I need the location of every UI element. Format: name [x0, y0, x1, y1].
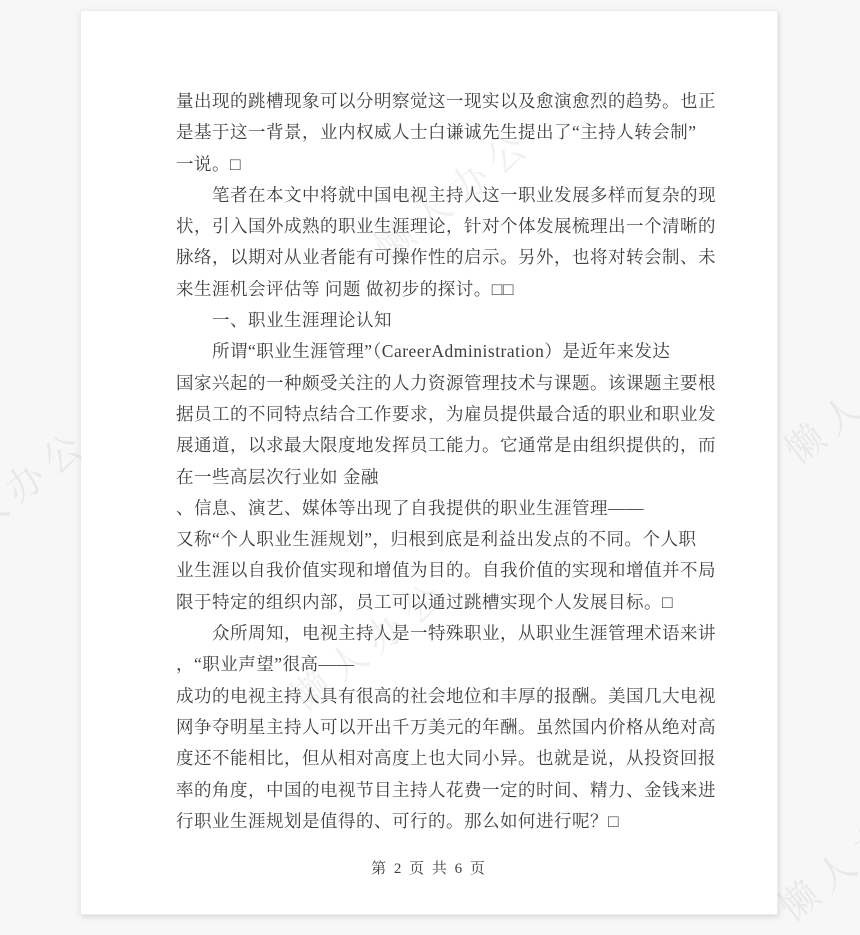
document-page: 量出现的跳槽现象可以分明察觉这一现实以及愈演愈烈的趋势。也正 是基于这一背景，业… [80, 10, 778, 915]
document-line: 来生涯机会评估等 问题 做初步的探讨。□□ [176, 274, 736, 305]
document-heading-line: 一、职业生涯理论认知 [176, 305, 736, 336]
document-line: 度还不能相比，但从相对高度上也大同小异。也就是说，从投资回报 [176, 743, 736, 774]
document-line: 、信息、演艺、媒体等出现了自我提供的职业生涯管理—— [176, 493, 736, 524]
document-line: 是基于这一背景，业内权威人士白谦诚先生提出了“主持人转会制” [176, 117, 736, 148]
document-line: 业生涯以自我价值实现和增值为目的。自我价值的实现和增值并不局 [176, 555, 736, 586]
document-line: 展通道，以求最大限度地发挥员工能力。它通常是由组织提供的，而 [176, 430, 736, 461]
document-line: 笔者在本文中将就中国电视主持人这一职业发展多样而复杂的现 [176, 180, 736, 211]
document-line: 网争夺明星主持人可以开出千万美元的年酬。虽然国内价格从绝对高 [176, 712, 736, 743]
document-line: 率的角度，中国的电视节目主持人花费一定的时间、精力、金钱来进 [176, 775, 736, 806]
document-line: 据员工的不同特点结合工作要求，为雇员提供最合适的职业和职业发 [176, 399, 736, 430]
watermark-text: 懒人办公 [771, 315, 860, 474]
document-body: 量出现的跳槽现象可以分明察觉这一现实以及愈演愈烈的趋势。也正 是基于这一背景，业… [176, 86, 736, 837]
document-line: 国家兴起的一种颇受关注的人力资源管理技术与课题。该课题主要根 [176, 368, 736, 399]
document-line: 在一些高层次行业如 金融 [176, 462, 736, 493]
document-line: 脉络，以期对从业者能有可操作性的启示。另外，也将对转会制、未 [176, 242, 736, 273]
watermark-text: 懒人办公 [765, 772, 860, 931]
document-line: 限于特定的组织内部，员工可以通过跳槽实现个人发展目标。□ [176, 587, 736, 618]
document-viewer-canvas: 量出现的跳槽现象可以分明察觉这一现实以及愈演愈烈的趋势。也正 是基于这一背景，业… [0, 0, 860, 935]
document-line: 众所周知，电视主持人是一特殊职业，从职业生涯管理术语来讲 [176, 618, 736, 649]
document-line: 状，引入国外成熟的职业生涯理论，针对个体发展梳理出一个清晰的 [176, 211, 736, 242]
page-number-footer: 第 2 页 共 6 页 [81, 857, 777, 878]
document-line: 量出现的跳槽现象可以分明察觉这一现实以及愈演愈烈的趋势。也正 [176, 86, 736, 117]
document-line: 一说。□ [176, 149, 736, 180]
document-line: 又称“个人职业生涯规划”，归根到底是利益出发点的不同。个人职 [176, 524, 736, 555]
document-line: 行职业生涯规划是值得的、可行的。那么如何进行呢？□ [176, 806, 736, 837]
document-line: ，“职业声望”很高—— [176, 649, 736, 680]
document-line: 成功的电视主持人具有很高的社会地位和丰厚的报酬。美国几大电视 [176, 681, 736, 712]
document-line: 所谓“职业生涯管理”（CareerAdministration）是近年来发达 [176, 336, 736, 367]
